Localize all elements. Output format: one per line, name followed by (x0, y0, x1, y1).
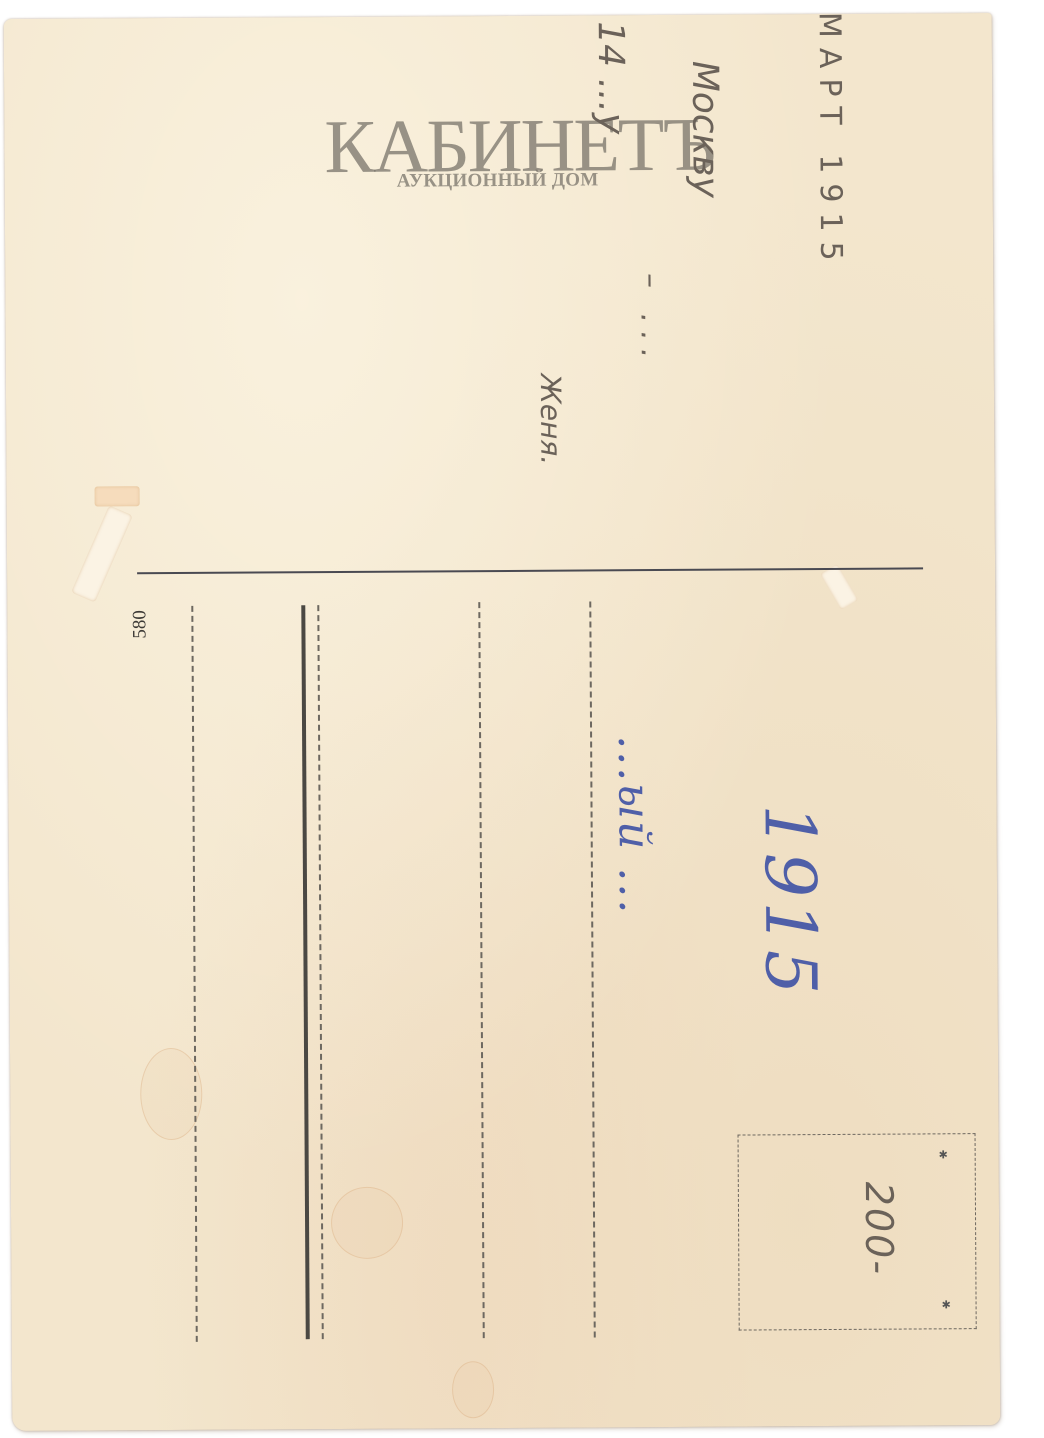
auction-house-watermark: КАБИНЕТЪ АУКЦИОННЫЙ ДОМ (324, 107, 725, 209)
publisher-number: 580 (129, 610, 151, 639)
paper-tear-right (820, 564, 858, 610)
dashed-line-3 (478, 602, 484, 1338)
paper-tear-left (71, 505, 133, 602)
pencil-date: МАРТ 1915 (812, 12, 849, 271)
horizontal-divider (137, 567, 923, 573)
pencil-line-3: – ... (633, 273, 669, 366)
pencil-price: 200- (857, 1182, 902, 1277)
star-mark-icon: ✱ (942, 1298, 951, 1311)
dashed-line-2 (317, 605, 323, 1339)
ink-note: ...ый ... (608, 735, 660, 915)
watermark-subtitle: АУКЦИОННЫЙ ДОМ (397, 169, 599, 192)
ink-year: 1915 (749, 804, 832, 999)
paper-tear-left-top (95, 486, 140, 506)
star-mark-icon: ✱ (939, 1148, 948, 1161)
pencil-signature: Женя. (534, 374, 568, 466)
pencil-line-2: 14 ...у (590, 21, 632, 134)
stain (331, 1187, 403, 1259)
stain (452, 1361, 494, 1418)
dashed-line-4 (589, 601, 595, 1337)
pencil-line-1: Москву (684, 61, 726, 198)
divider-solid-line (301, 605, 309, 1339)
postcard-back: КАБИНЕТЪ АУКЦИОННЫЙ ДОМ МАРТ 1915 Москву… (4, 13, 1001, 1431)
dashed-line-1 (191, 606, 197, 1342)
